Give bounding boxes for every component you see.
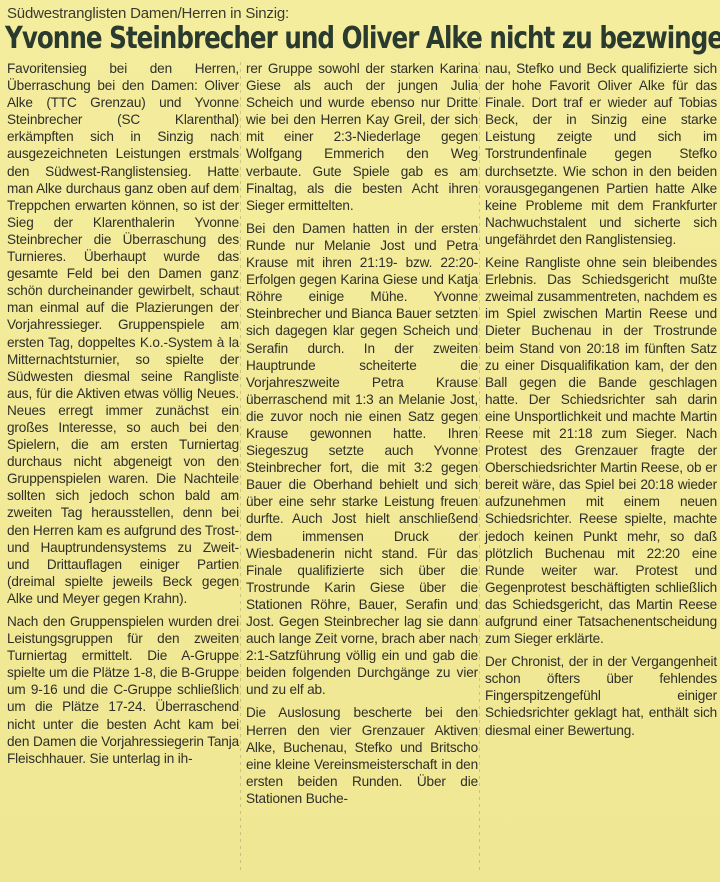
paragraph: Der Chronist, der in der Vergangenheit s…	[485, 653, 717, 738]
paragraph: Nach den Gruppenspielen wurden drei Leis…	[7, 613, 239, 767]
paragraph: Favoritensieg bei den Herren, Überraschu…	[7, 60, 239, 607]
paragraph: Bei den Damen hatten in der ersten Runde…	[246, 220, 478, 699]
newspaper-clipping: Südwestranglisten Damen/Herren in Sinzig…	[0, 0, 720, 882]
paragraph: Keine Rangliste ohne sein bleibendes Erl…	[485, 254, 717, 647]
column-divider	[479, 62, 480, 872]
article-column-1: Favoritensieg bei den Herren, Überraschu…	[7, 60, 239, 773]
article-headline: Yvonne Steinbrecher und Oliver Alke nich…	[5, 22, 589, 56]
paragraph: nau, Stefko und Beck qualifizierte sich …	[485, 60, 717, 248]
article-kicker: Südwestranglisten Damen/Herren in Sinzig…	[7, 5, 289, 22]
column-divider	[240, 62, 241, 872]
article-column-2: rer Gruppe sowohl der starken Karina Gie…	[246, 60, 478, 813]
paragraph: Die Auslosung bescherte bei den Herren d…	[246, 704, 478, 807]
article-column-3: nau, Stefko und Beck qualifizierte sich …	[485, 60, 717, 745]
paragraph: rer Gruppe sowohl der starken Karina Gie…	[246, 60, 478, 214]
